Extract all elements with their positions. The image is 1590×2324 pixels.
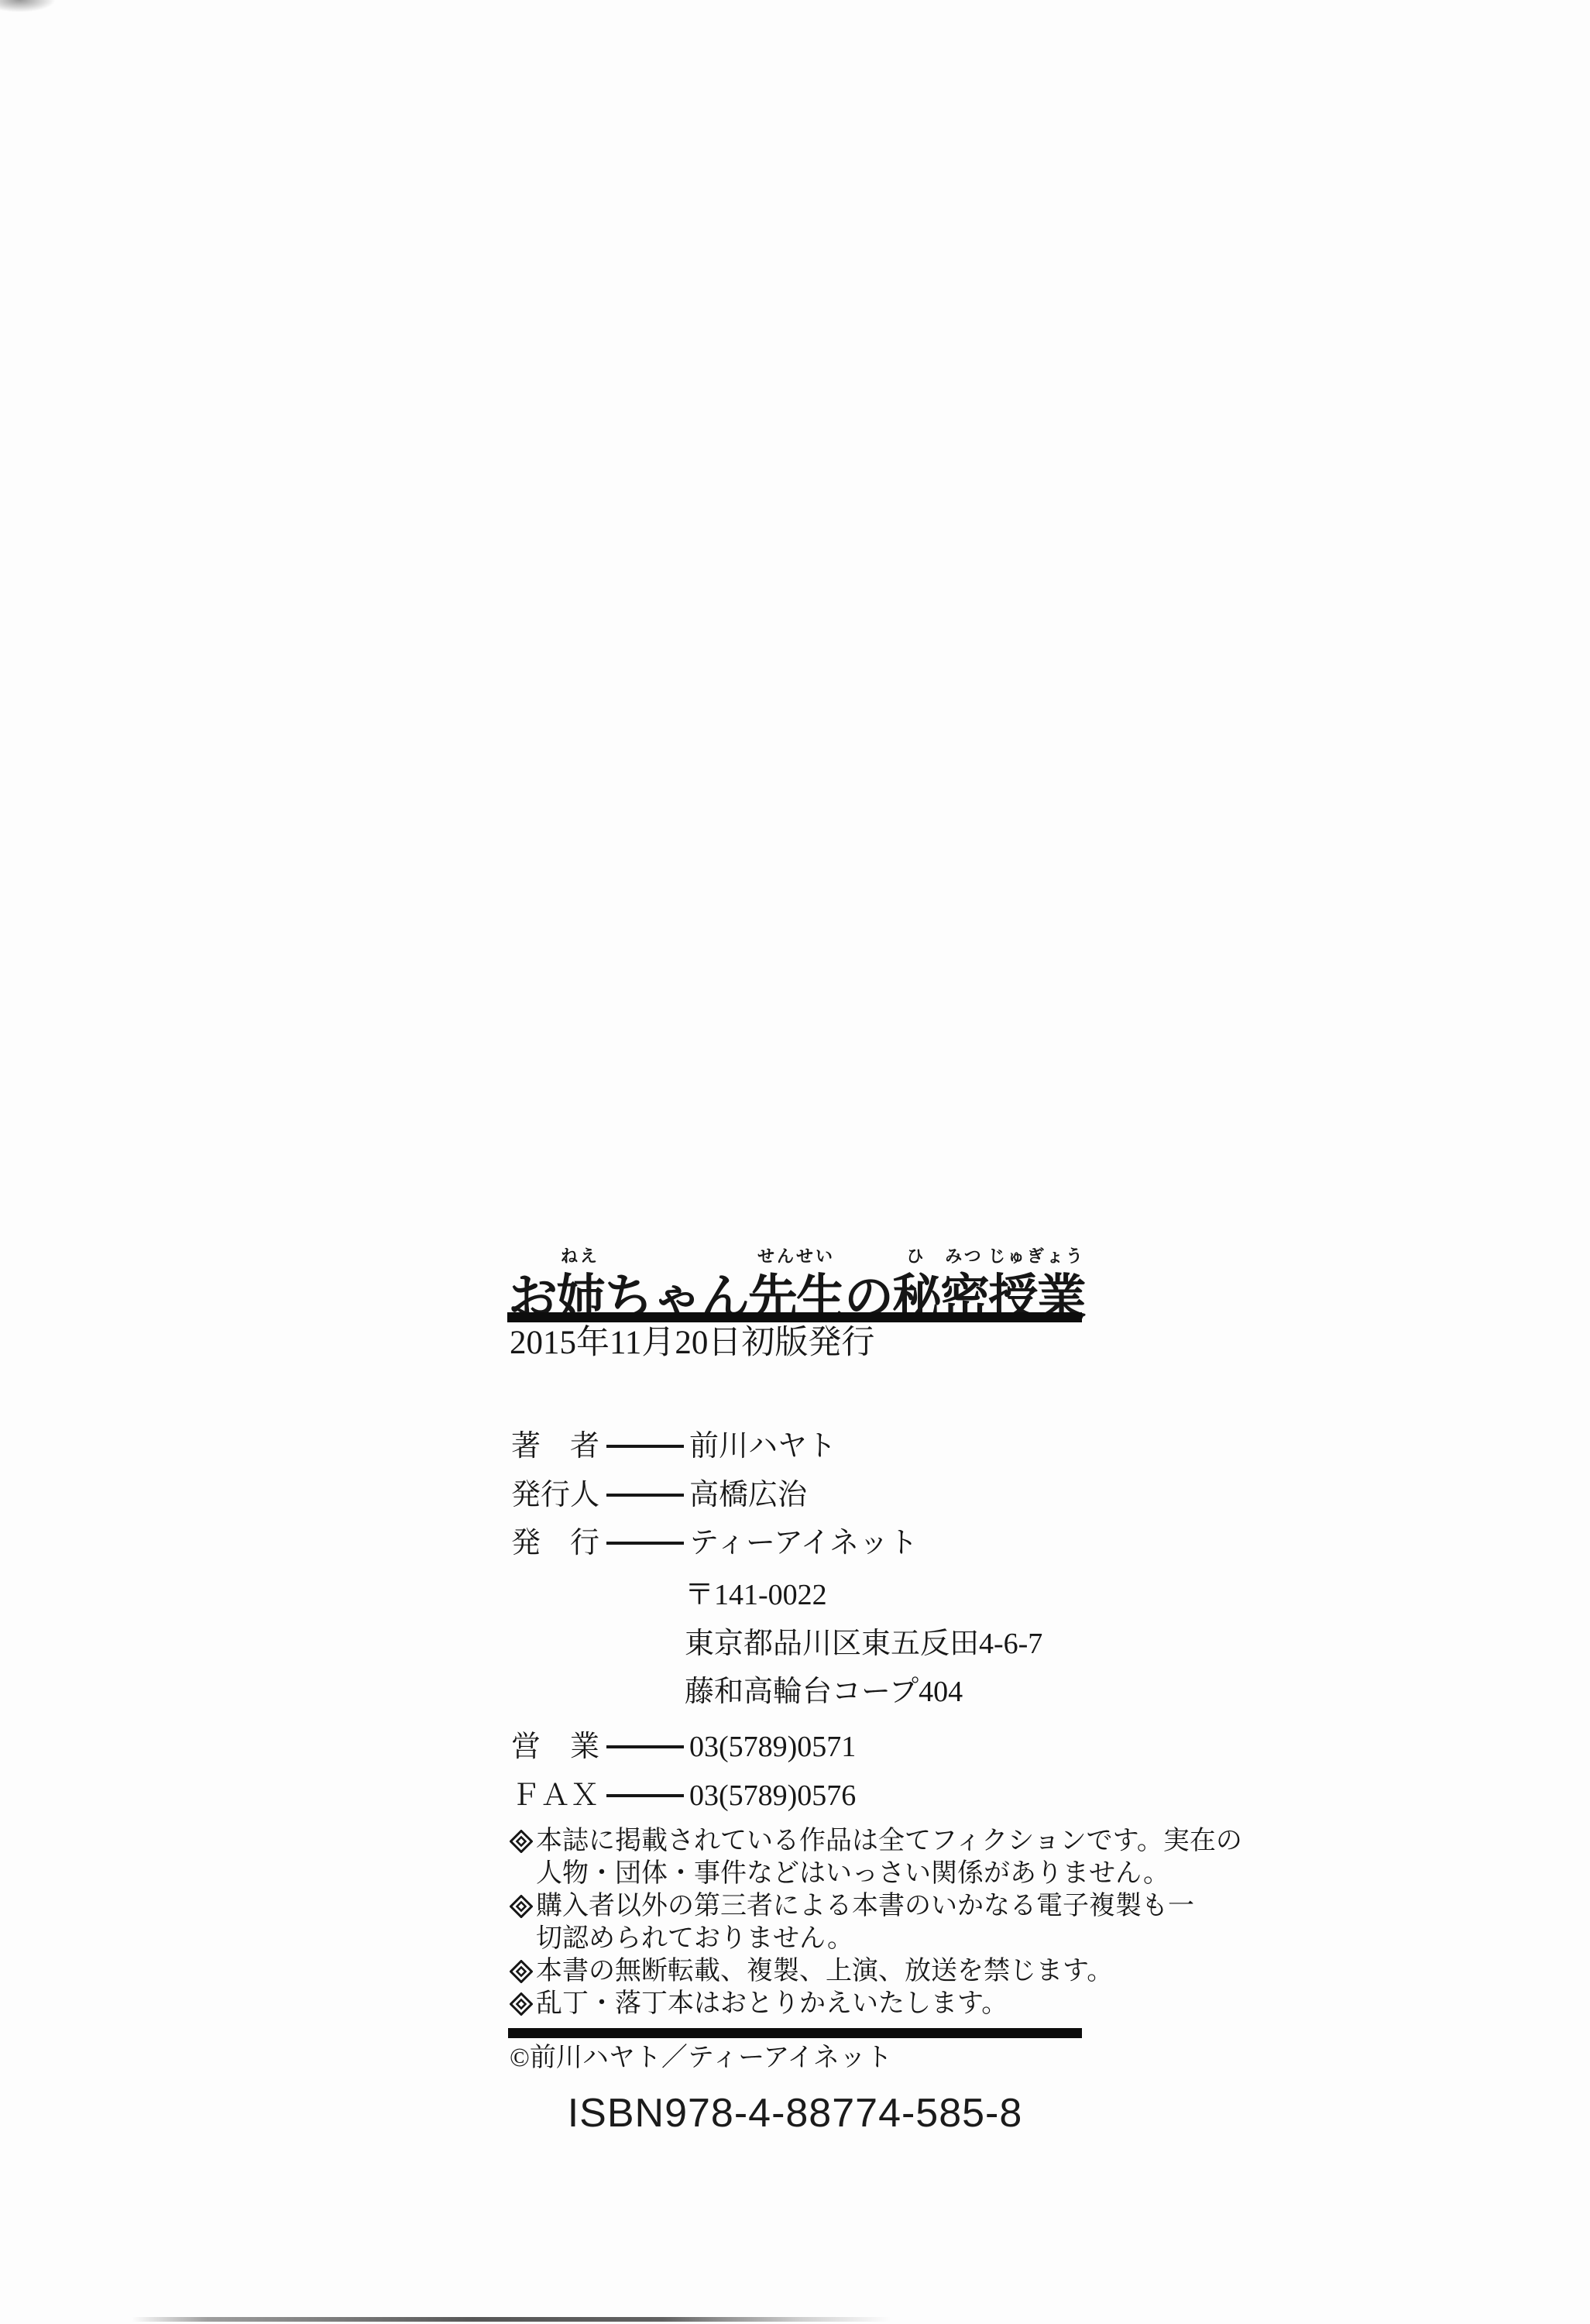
notice-text: 乱丁・落丁本はおとりかえいたします。 (536, 1988, 1008, 2020)
publisher-person-row: 発行人 高橋広治 (511, 1478, 807, 1512)
dash-line (606, 1745, 684, 1748)
dash-line (606, 1445, 684, 1448)
scan-smudge-artifact (0, 0, 56, 12)
row-value: ティーアイネット (689, 1528, 918, 1558)
furigana: ひ (892, 1246, 940, 1270)
furigana: みつ (940, 1246, 988, 1270)
fax-row: ＦＡＸ 03(5789)0576 (511, 1779, 856, 1813)
notice-line: 人物・団体・事件などはいっさい関係がありません。 (536, 1858, 1242, 1890)
divider-rule-top (507, 1312, 1082, 1322)
address-line: 藤和高輪台コープ404 (685, 1677, 963, 1707)
double-diamond-bullet-icon (510, 1895, 533, 1918)
notice-text: 本書の無断転載、複製、上演、放送を禁じます。 (536, 1955, 1113, 1988)
row-label: 営 業 (511, 1732, 603, 1762)
notice-line: 本書の無断転載、複製、上演、放送を禁じます。 (536, 1955, 1113, 1988)
row-label: 発行人 (511, 1480, 603, 1510)
postal-code: 〒141-0022 (685, 1580, 827, 1610)
notice-text: 本誌に掲載されている作品は全てフィクションです。実在の 人物・団体・事件などはい… (536, 1825, 1242, 1890)
furigana: じゅぎょう (988, 1246, 1085, 1270)
row-value: 高橋広治 (689, 1480, 807, 1510)
publisher-row: 発 行 ティーアイネット (511, 1526, 918, 1560)
edition-date: 2015年11月20日初版発行 (510, 1326, 874, 1360)
furigana: ねえ (556, 1246, 604, 1270)
dash-line (606, 1542, 684, 1545)
colophon-page: お姉ねえちゃん先生せんせいの秘ひ密みつ授業じゅぎょう 2015年11月20日初版… (0, 0, 1590, 2324)
row-label: 著 者 (511, 1432, 603, 1461)
notice-line: 購入者以外の第三者による本書のいかなる電子複製も一 (536, 1890, 1194, 1923)
row-value: 03(5789)0576 (689, 1781, 856, 1810)
sales-phone-row: 営 業 03(5789)0571 (511, 1730, 856, 1764)
row-value: 03(5789)0571 (689, 1732, 856, 1762)
double-diamond-bullet-icon (510, 1992, 533, 2016)
row-label: ＦＡＸ (511, 1781, 603, 1810)
scan-edge-artifact (132, 2317, 891, 2322)
divider-rule-bottom (508, 2028, 1082, 2038)
notice-item: 購入者以外の第三者による本書のいかなる電子複製も一 切認められておりません。 (510, 1890, 1194, 1955)
address-line: 東京都品川区東五反田4-6-7 (685, 1629, 1042, 1659)
notice-line: 乱丁・落丁本はおとりかえいたします。 (536, 1988, 1008, 2020)
dash-line (606, 1794, 684, 1797)
notice-text: 購入者以外の第三者による本書のいかなる電子複製も一 切認められておりません。 (536, 1890, 1194, 1955)
double-diamond-bullet-icon (510, 1830, 533, 1853)
copyright-line: ©前川ハヤト／ティーアイネット (510, 2044, 892, 2072)
author-row: 著 者 前川ハヤト (511, 1429, 836, 1463)
notice-item: 本書の無断転載、複製、上演、放送を禁じます。 (510, 1955, 1113, 1988)
row-label: 発 行 (511, 1528, 603, 1558)
double-diamond-bullet-icon (510, 1960, 533, 1983)
furigana: せんせい (748, 1246, 844, 1270)
notice-item: 乱丁・落丁本はおとりかえいたします。 (510, 1988, 1008, 2020)
row-value: 前川ハヤト (689, 1432, 836, 1461)
dash-line (606, 1494, 684, 1497)
notice-line: 本誌に掲載されている作品は全てフィクションです。実在の (536, 1825, 1242, 1858)
notice-line: 切認められておりません。 (536, 1923, 1194, 1955)
isbn-number: ISBN978-4-88774-585-8 (0, 2093, 1590, 2133)
notice-item: 本誌に掲載されている作品は全てフィクションです。実在の 人物・団体・事件などはい… (510, 1825, 1242, 1890)
